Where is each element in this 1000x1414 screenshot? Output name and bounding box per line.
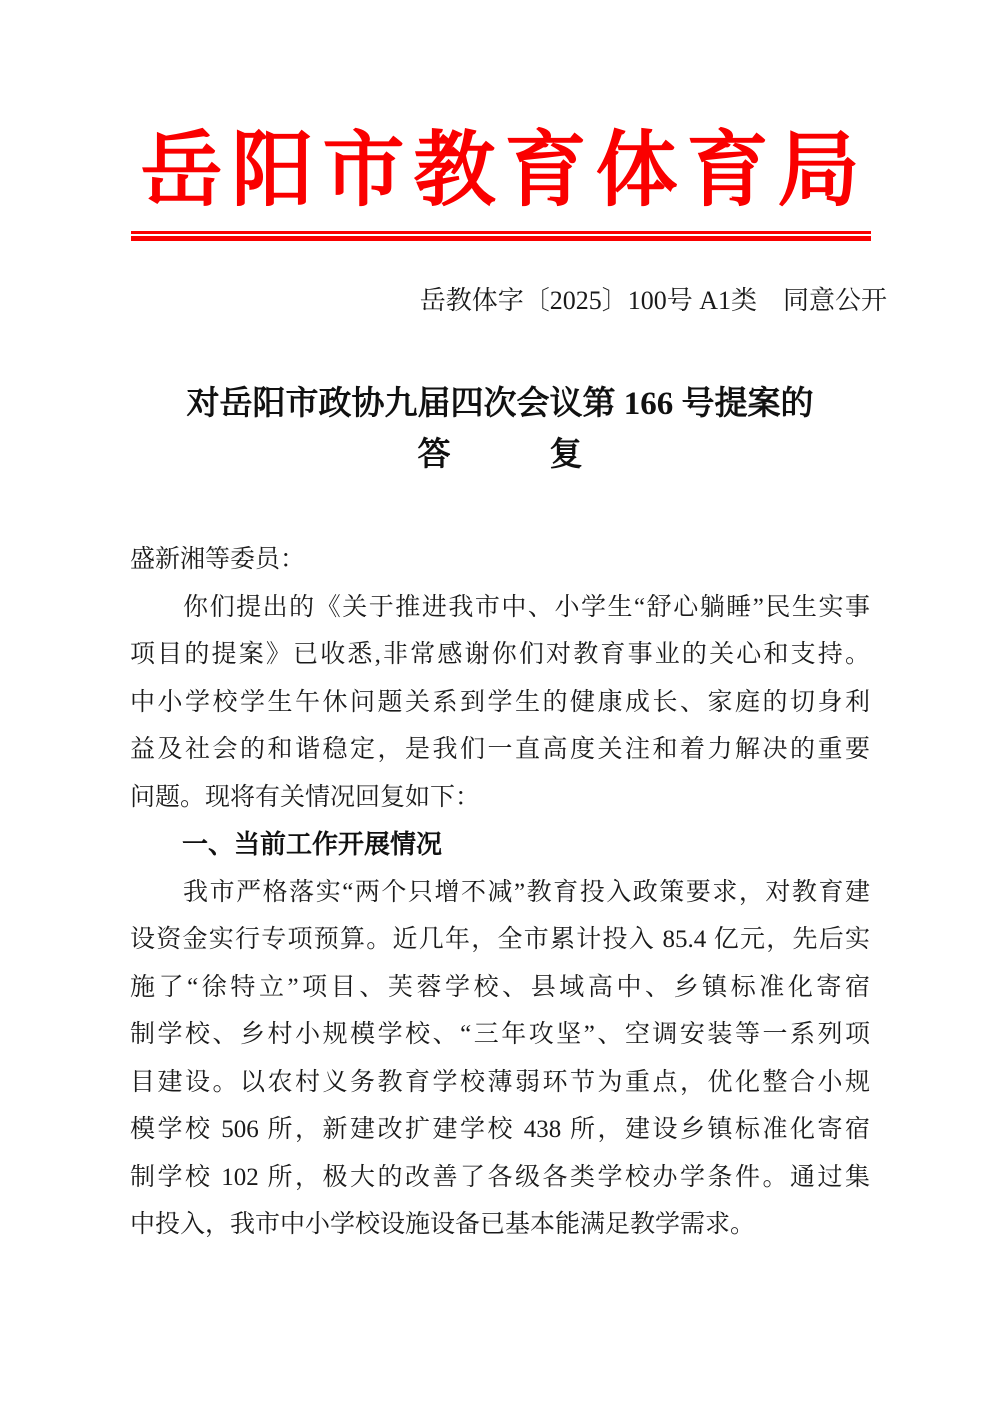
body-line: 制学校、乡村小规模学校、“三年攻坚”、空调安装等一系列项 (130, 1011, 870, 1059)
body-line: 模学校 506 所，新建改扩建学校 438 所，建设乡镇标准化寄宿 (130, 1106, 870, 1154)
document-title-line2: 答 复 (0, 432, 1000, 478)
body-line: 设资金实行专项预算。近几年，全市累计投入 85.4 亿元，先后实 (130, 916, 870, 964)
body-line: 中小学校学生午休问题关系到学生的健康成长、家庭的切身利 (130, 679, 870, 727)
body-line: 项目的提案》已收悉,非常感谢你们对教育事业的关心和支持。 (130, 631, 870, 679)
body-line: 我市严格落实“两个只增不减”教育投入政策要求，对教育建 (130, 869, 870, 917)
body-line: 施了“徐特立”项目、芙蓉学校、县域高中、乡镇标准化寄宿 (130, 964, 870, 1012)
body-line: 制学校 102 所，极大的改善了各级各类学校办学条件。通过集 (130, 1154, 870, 1202)
section-heading: 一、当前工作开展情况 (130, 821, 870, 869)
body-line: 问题。现将有关情况回复如下： (130, 774, 870, 822)
letterhead-red-divider (131, 231, 871, 241)
body-line: 盛新湘等委员： (130, 536, 870, 584)
doc-number-line: 岳教体字〔2025〕100号 A1类 同意公开 (130, 282, 887, 320)
document-title-line1: 对岳阳市政协九届四次会议第 166 号提案的 (0, 381, 1000, 427)
body-line: 中投入，我市中小学校设施设备已基本能满足教学需求。 (130, 1201, 870, 1249)
letterhead-agency-name: 岳阳市教育体育局 (0, 118, 1000, 224)
body-line: 目建设。以农村义务教育学校薄弱环节为重点，优化整合小规 (130, 1059, 870, 1107)
official-document-page: 岳阳市教育体育局 岳教体字〔2025〕100号 A1类 同意公开 对岳阳市政协九… (0, 0, 1000, 1414)
document-body: 盛新湘等委员： 你们提出的《关于推进我市中、小学生“舒心躺睡”民生实事项目的提案… (130, 536, 870, 1249)
body-line: 益及社会的和谐稳定，是我们一直高度关注和着力解决的重要 (130, 726, 870, 774)
body-line: 你们提出的《关于推进我市中、小学生“舒心躺睡”民生实事 (130, 584, 870, 632)
